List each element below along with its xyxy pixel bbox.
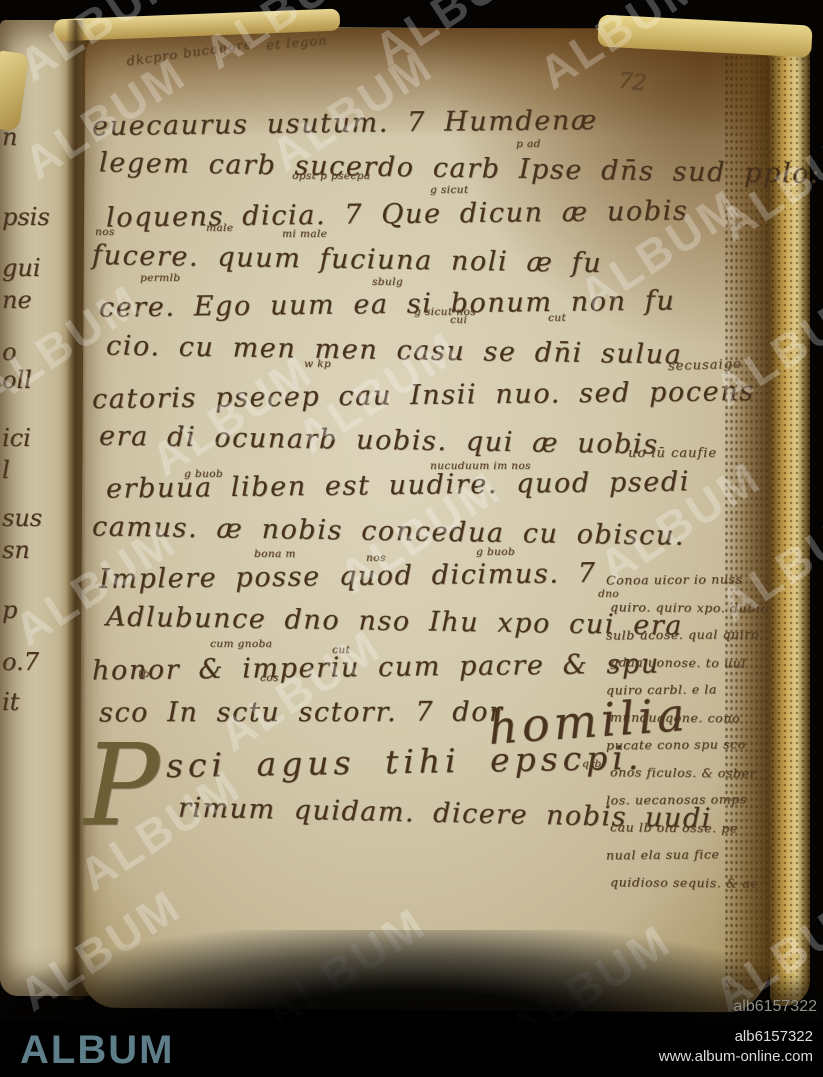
facing-page-fragment: it — [2, 688, 19, 716]
agency-footer-bar: ALBUM alb6157322 www.album-online.com — [0, 1022, 823, 1077]
interlinear-gloss: bona m — [254, 548, 296, 560]
margin-block-line: quiro carbl. e la — [606, 682, 717, 698]
interlinear-gloss: g sicut — [430, 184, 468, 196]
facing-page-fragment: ici — [2, 424, 31, 452]
facing-page-fragment: ne — [2, 286, 32, 314]
interlinear-gloss: p ad — [516, 138, 541, 150]
margin-block-line: gdaa uonose. to uul — [610, 654, 746, 670]
interlinear-gloss: tb — [138, 668, 150, 680]
facing-page-fragment: gui — [2, 254, 41, 282]
interlinear-gloss: permlb — [140, 272, 180, 284]
interlinear-gloss: cut — [548, 312, 566, 324]
margin-block-line: nual ela sua fice — [606, 847, 720, 863]
interlinear-gloss: cum gnoba — [210, 638, 272, 650]
facing-page-fragment: sus — [2, 504, 42, 532]
margin-block-line: pucate cono spu sco — [606, 736, 746, 752]
manuscript-photo: npsisguineoollicilsussnpo.7it dkcpro buc… — [0, 0, 823, 1022]
bottom-shadow — [0, 930, 823, 1022]
margin-block-line: quidioso sequis. & ae — [610, 874, 758, 890]
interlinear-gloss: g buob — [476, 546, 515, 558]
facing-page-fragment: sn — [2, 536, 30, 564]
interlinear-gloss: nos — [95, 226, 115, 238]
interlinear-gloss: mi male — [282, 228, 327, 240]
margin-block-line: cau lb ola osse. pe — [610, 819, 738, 835]
footer-website-url: www.album-online.com — [659, 1048, 813, 1065]
folio-number: 72 — [617, 69, 647, 97]
facing-page-fragment: psis — [2, 203, 50, 231]
margin-note-2: uo lū caufie — [628, 446, 717, 461]
interlinear-gloss: male — [206, 222, 233, 234]
interlinear-gloss: cui — [450, 314, 467, 326]
margin-block-line: los. uecanosas omps — [606, 791, 747, 807]
facing-page-fragment: l — [2, 456, 10, 484]
album-logo: ALBUM — [20, 1028, 174, 1073]
margin-block-line: onos ficulos. & osber — [610, 764, 756, 780]
footer-reference: alb6157322 — [735, 1028, 813, 1045]
interlinear-gloss: sbulg — [372, 276, 403, 288]
margin-block-line: munduaqone. cono — [610, 709, 740, 725]
stock-photo-card: npsisguineoollicilsussnpo.7it dkcpro buc… — [0, 0, 823, 1077]
interlinear-gloss: qrb — [582, 758, 602, 770]
photo-reference-watermark: alb6157322 — [733, 998, 817, 1016]
